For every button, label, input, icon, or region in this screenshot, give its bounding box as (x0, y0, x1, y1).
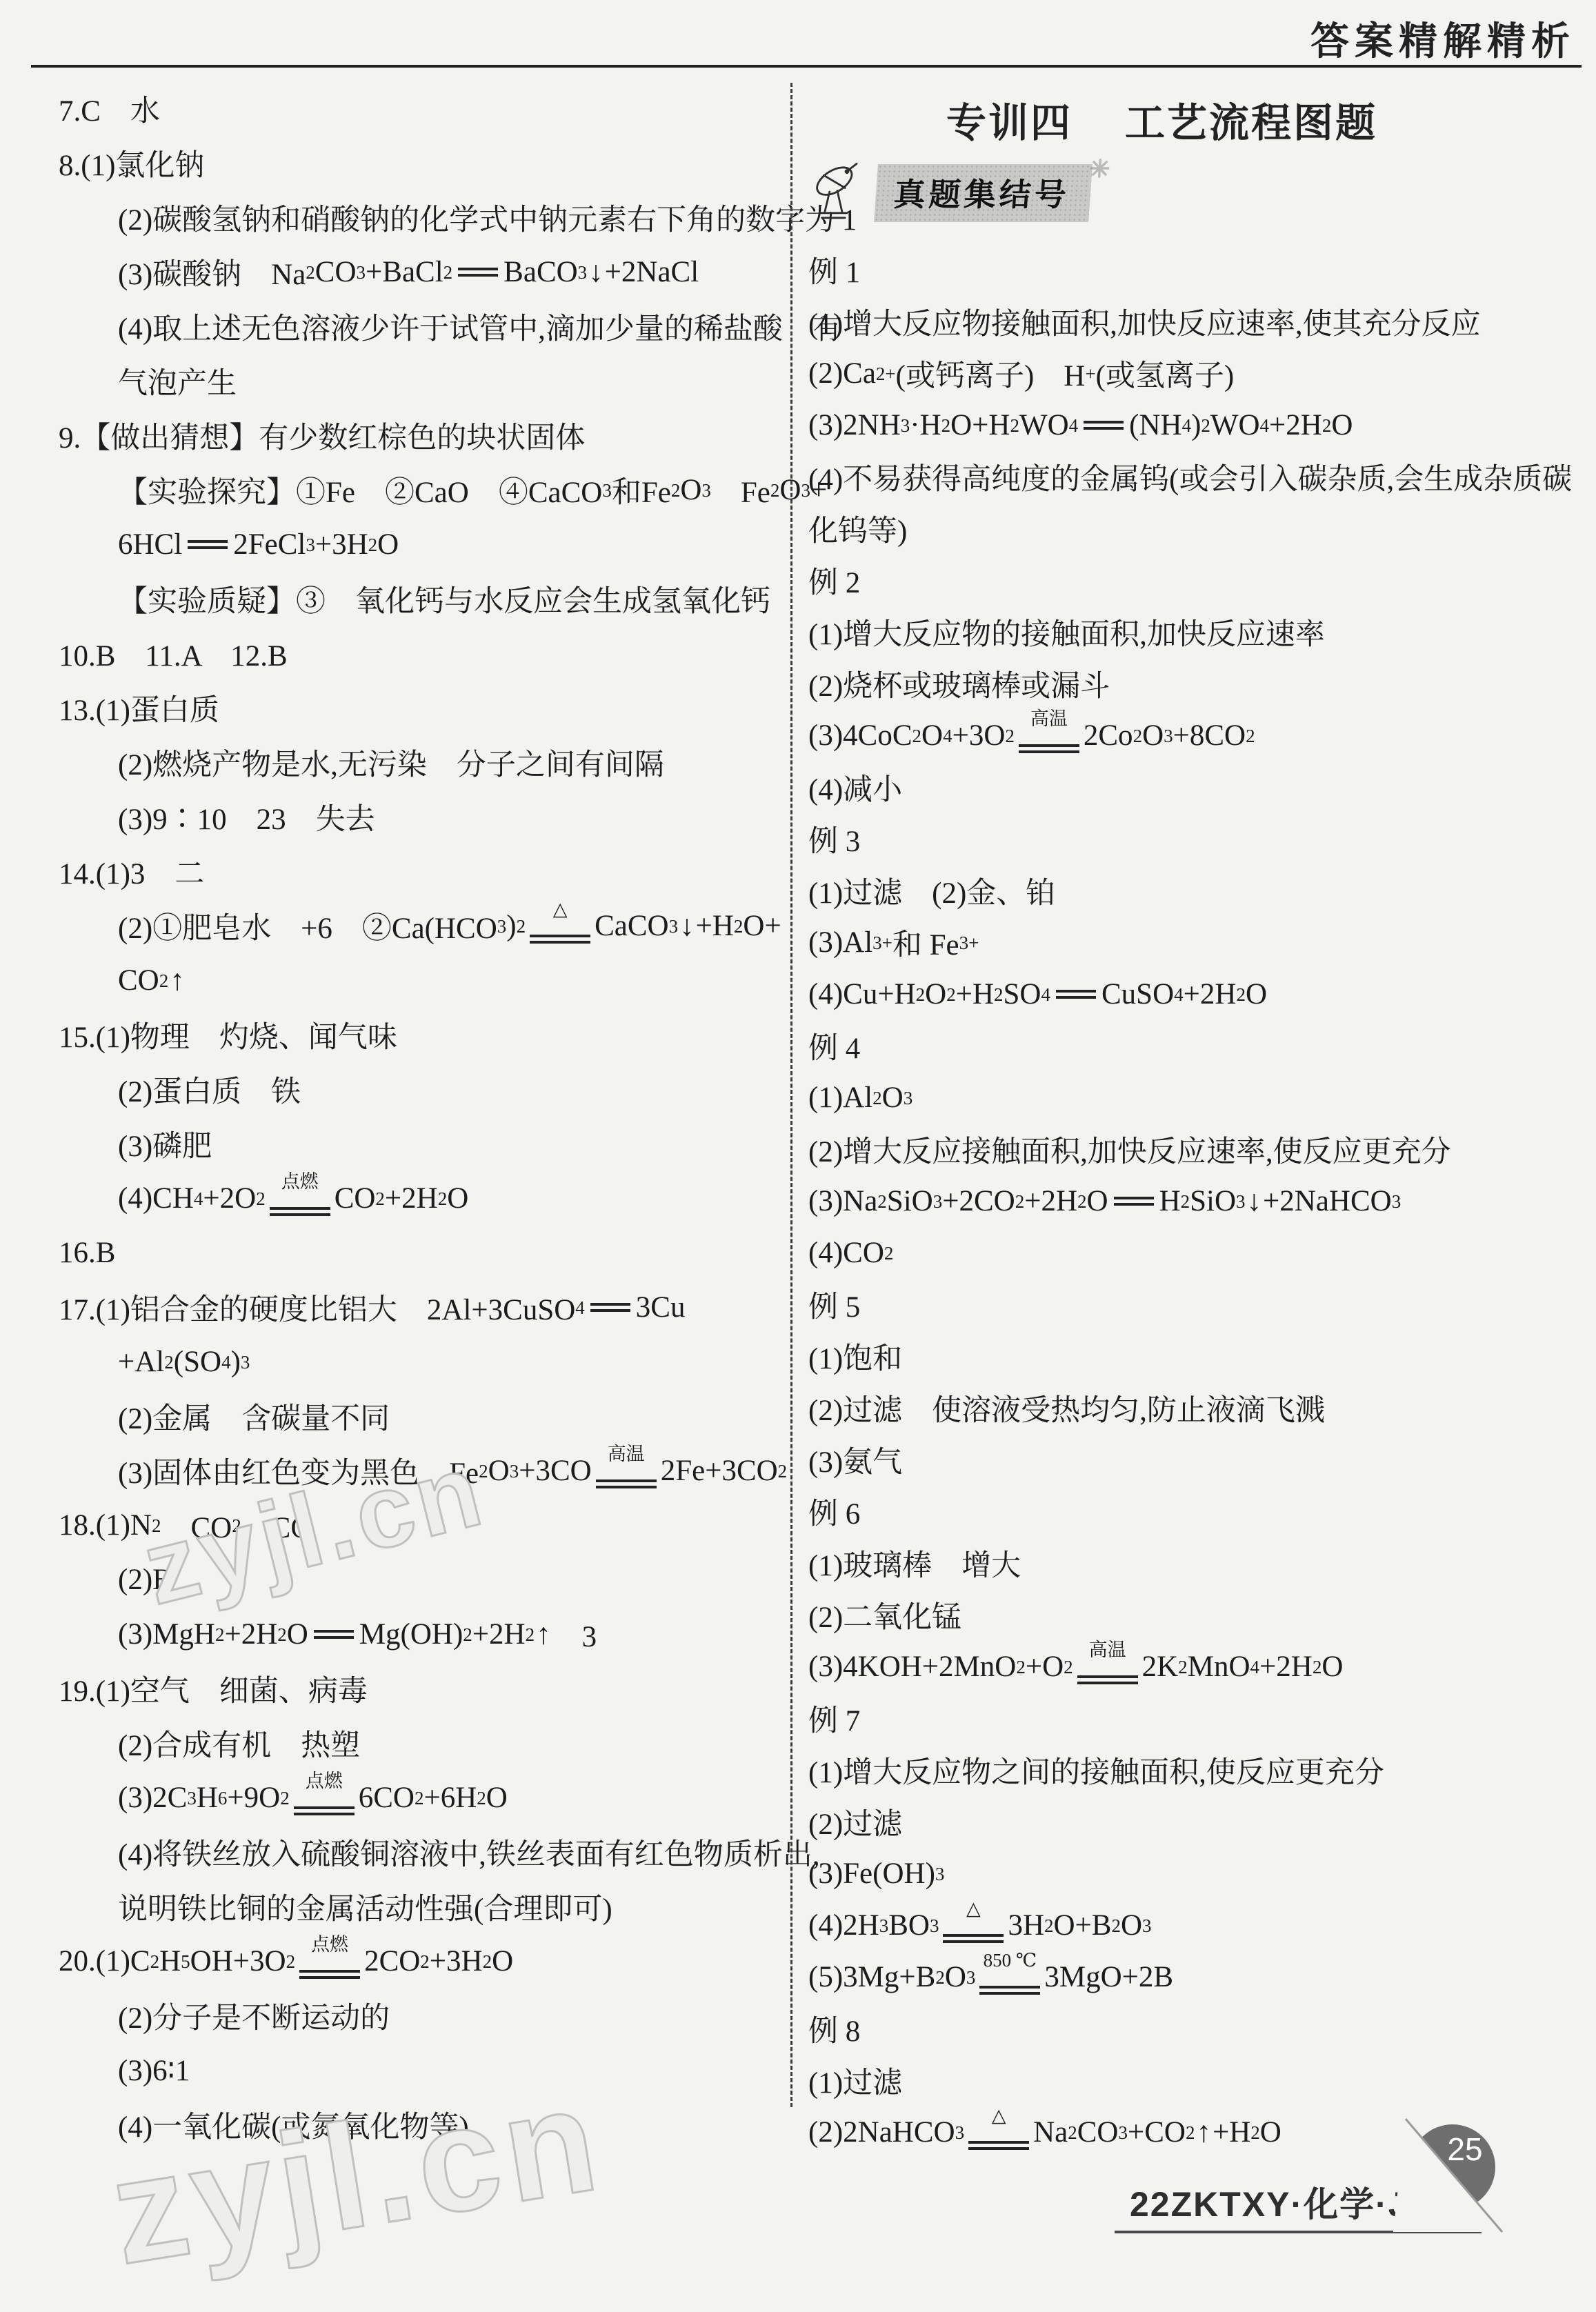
answer-line: (3)4CoC2O4+3O2高温2Co2O3+8CO2 (808, 710, 1584, 761)
answer-line: (2)二氧化锰 (808, 1589, 1584, 1641)
answer-line: (2)碳酸氢钠和硝酸钠的化学式中钠元素右下角的数字为 1 (59, 190, 790, 245)
answer-line: (3)碳酸钠 Na2CO3+BaCl2BaCO3↓+2NaCl (59, 245, 790, 299)
reaction-equals-with-condition: △ (530, 899, 590, 953)
answer-line: (4)取上述无色溶液少许于试管中,滴加少量的稀盐酸 有 (59, 299, 790, 354)
footer-edition-code: 22ZKTXY·化学·JX (1130, 2177, 1433, 2226)
answer-line: (2)过滤 (808, 1796, 1584, 1848)
reaction-equals-with-condition: △ (943, 1898, 1004, 1953)
answer-line: (4)将铁丝放入硫酸铜溶液中,铁丝表面有红色物质析出, (59, 1825, 790, 1880)
reaction-equals (1056, 990, 1096, 999)
answer-line: (1)增大反应物接触面积,加快反应速率,使其充分反应 (808, 296, 1584, 348)
satellite-dish-icon (808, 161, 866, 226)
answer-line: (3)磷肥 (59, 1117, 790, 1171)
answer-line: (4)一氧化碳(或氮氧化物等) (59, 2097, 790, 2152)
answer-page: 答案精解精析 7.C 水8.(1)氯化钠(2)碳酸氢钠和硝酸钠的化学式中钠元素右… (0, 0, 1596, 2312)
answer-line: (4)2H3BO3△3H2O+B2O3 (808, 1900, 1584, 1951)
reaction-equals-with-condition: 高温 (596, 1444, 657, 1498)
answer-line: (2)过滤 使溶液受热均匀,防止液滴飞溅 (808, 1382, 1584, 1434)
precipitate-down-arrow: ↓ (588, 255, 604, 289)
answer-line: (2)合成有机 热塑 (59, 1716, 790, 1771)
answer-line: 14.(1)3 二 (59, 844, 790, 899)
reaction-equals (1084, 421, 1124, 430)
badge-label: 真题集结号 (892, 177, 1071, 212)
reaction-equals (314, 1630, 354, 1639)
answer-line: (1)过滤 (808, 2055, 1584, 2106)
reaction-equals-with-condition: △ (968, 2105, 1029, 2160)
gas-up-arrow: ↑ (536, 1617, 551, 1651)
reaction-equals-with-condition: 点燃 (270, 1171, 330, 1226)
reaction-equals-with-condition: 高温 (1019, 708, 1079, 763)
badge-zhenti-jijiehao: 真题集结号 (874, 164, 1093, 222)
sparkle-icon (1087, 150, 1113, 188)
answer-line: 【实验质疑】③ 氧化钙与水反应会生成氢氧化钙 (59, 572, 790, 626)
answer-line: (5)3Mg+B2O3850 ℃3MgO+2B (808, 1951, 1584, 2003)
reaction-equals (188, 540, 228, 549)
answer-line: (2)烧杯或玻璃棒或漏斗 (808, 658, 1584, 710)
answer-line: (3)4KOH+2MnO2+O2高温2K2MnO4+2H2O (808, 1641, 1584, 1693)
answer-line: (3)2NH3·H2O+H2WO4(NH4)2WO4+2H2O (808, 399, 1584, 451)
section-number: 专训四 (946, 90, 1073, 148)
answer-line: (4)Cu+H2O2+H2SO4CuSO4+2H2O (808, 968, 1584, 1020)
answer-line: 说明铁比铜的金属活动性强(合理即可) (59, 1880, 790, 1934)
answer-line: (1)过滤 (2)金、铂 (808, 865, 1584, 917)
answer-line: 例 6 (808, 1486, 1584, 1537)
precipitate-down-arrow: ↓ (1247, 1184, 1262, 1218)
reaction-equals-with-condition: 高温 (1077, 1640, 1138, 1694)
answer-line: CO2↑ (59, 953, 790, 1008)
answer-line: (4)CO2 (808, 1227, 1584, 1279)
answer-line: (2)分子是不断运动的 (59, 1989, 790, 2043)
answer-line: (3)6∶1 (59, 2043, 790, 2097)
answer-line: (1)饱和 (808, 1331, 1584, 1382)
answer-line: 例 3 (808, 813, 1584, 865)
answer-line: (3)9∶10 23 失去 (59, 790, 790, 844)
page-number-badge: 25 (1392, 2112, 1509, 2235)
column-divider-dashed (790, 83, 792, 2107)
answer-line: (3)氨气 (808, 1434, 1584, 1486)
answer-line: (1)玻璃棒 增大 (808, 1537, 1584, 1589)
page-number: 25 (1447, 2131, 1482, 2167)
answer-line: (3)MgH2+2H2OMg(OH)2+2H2↑ 3 (59, 1607, 790, 1662)
answer-line: (3)Al3+ 和 Fe3+ (808, 917, 1584, 968)
answer-line: (4)CH4+2O2点燃CO2+2H2O (59, 1171, 790, 1226)
header-rule (31, 65, 1582, 68)
answer-line: 19.(1)空气 细菌、病毒 (59, 1662, 790, 1716)
answer-line: 15.(1)物理 灼烧、闻气味 (59, 1008, 790, 1062)
answer-line: 8.(1)氯化钠 (59, 136, 790, 190)
badge-row: 真题集结号 (808, 161, 1584, 225)
left-answer-column: 7.C 水8.(1)氯化钠(2)碳酸氢钠和硝酸钠的化学式中钠元素右下角的数字为 … (0, 81, 790, 2158)
answer-line: (3)2C3H6+9O2点燃6CO2+6H2O (59, 1771, 790, 1825)
reaction-equals (458, 268, 498, 277)
reaction-equals-with-condition: 点燃 (299, 1934, 360, 1989)
reaction-equals-with-condition: 850 ℃ (979, 1950, 1040, 2004)
answer-line: 例 5 (808, 1279, 1584, 1331)
gas-up-arrow: ↑ (170, 964, 185, 997)
answer-line: (4)不易获得高纯度的金属钨(或会引入碳杂质,会生成杂质碳 (808, 451, 1584, 503)
right-lines-container: 例 1(1)增大反应物接触面积,加快反应速率,使其充分反应(2)Ca2+(或钙离… (808, 244, 1584, 2158)
answer-line: 化钨等) (808, 503, 1584, 555)
answer-line: (1)Al2O3 (808, 1072, 1584, 1124)
gas-up-arrow: ↑ (1196, 2115, 1211, 2149)
answer-line: 18.(1)N2 CO2 CO (59, 1498, 790, 1553)
answer-line: 13.(1)蛋白质 (59, 681, 790, 735)
answer-line: (2)①肥皂水 +6 ②Ca(HCO3)2△CaCO3↓+H2O+ (59, 899, 790, 953)
answer-line: 例 7 (808, 1693, 1584, 1744)
reaction-equals-with-condition: 点燃 (294, 1771, 355, 1825)
answer-line: 例 2 (808, 555, 1584, 606)
answer-line: (2)蛋白质 铁 (59, 1062, 790, 1117)
answer-line: 7.C 水 (59, 81, 790, 136)
answer-line: (2)金属 含碳量不同 (59, 1389, 790, 1444)
answer-line: 16.B (59, 1226, 790, 1280)
answer-line: (3)Na2SiO3+2CO2+2H2OH2SiO3↓+2NaHCO3 (808, 1175, 1584, 1227)
reaction-equals (590, 1303, 630, 1312)
answer-line: (2)Ca2+(或钙离子) H+(或氢离子) (808, 348, 1584, 399)
precipitate-down-arrow: ↓ (679, 909, 695, 943)
answer-line: 10.B 11.A 12.B (59, 626, 790, 681)
answer-line: 气泡产生 (59, 354, 790, 408)
two-column-layout: 7.C 水8.(1)氯化钠(2)碳酸氢钠和硝酸钠的化学式中钠元素右下角的数字为 … (0, 81, 1596, 2158)
answer-line: (1)增大反应物之间的接触面积,使反应更充分 (808, 1744, 1584, 1796)
answer-line: 例 1 (808, 244, 1584, 296)
answer-line: 9.【做出猜想】有少数红棕色的块状固体 (59, 408, 790, 463)
section-title: 专训四工艺流程图题 (946, 91, 1584, 148)
answer-line: 20.(1)C2H5OH+3O2点燃2CO2+3H2O (59, 1934, 790, 1989)
answer-line: 例 4 (808, 1020, 1584, 1072)
answer-line: 6HCl2FeCl3+3H2O (59, 517, 790, 572)
reaction-equals (1114, 1197, 1154, 1206)
answer-line: (3)Fe(OH)3 (808, 1848, 1584, 1900)
answer-line: (1)增大反应物的接触面积,加快反应速率 (808, 606, 1584, 658)
answer-line: (2)增大反应接触面积,加快反应速率,使反应更充分 (808, 1124, 1584, 1175)
answer-line: 17.(1)铝合金的硬度比铝大 2Al+3CuSO43Cu (59, 1280, 790, 1335)
answer-line: 【实验探究】①Fe ②CaO ④CaCO3 和Fe2O3 Fe2O3+ (59, 463, 790, 517)
answer-line: (2)B (59, 1553, 790, 1607)
answer-line: 例 8 (808, 2003, 1584, 2055)
section-name: 工艺流程图题 (1125, 90, 1377, 148)
answer-line: (2)燃烧产物是水,无污染 分子之间有间隔 (59, 735, 790, 790)
answer-line: +Al2(SO4)3 (59, 1335, 790, 1389)
answer-line: (3)固体由红色变为黑色 Fe2O3+3CO高温2Fe+3CO2 (59, 1444, 790, 1498)
answer-line: (4)减小 (808, 761, 1584, 813)
page-header-title: 答案精解精析 (1310, 11, 1575, 66)
right-answer-column: 专训四工艺流程图题 (790, 81, 1596, 2158)
